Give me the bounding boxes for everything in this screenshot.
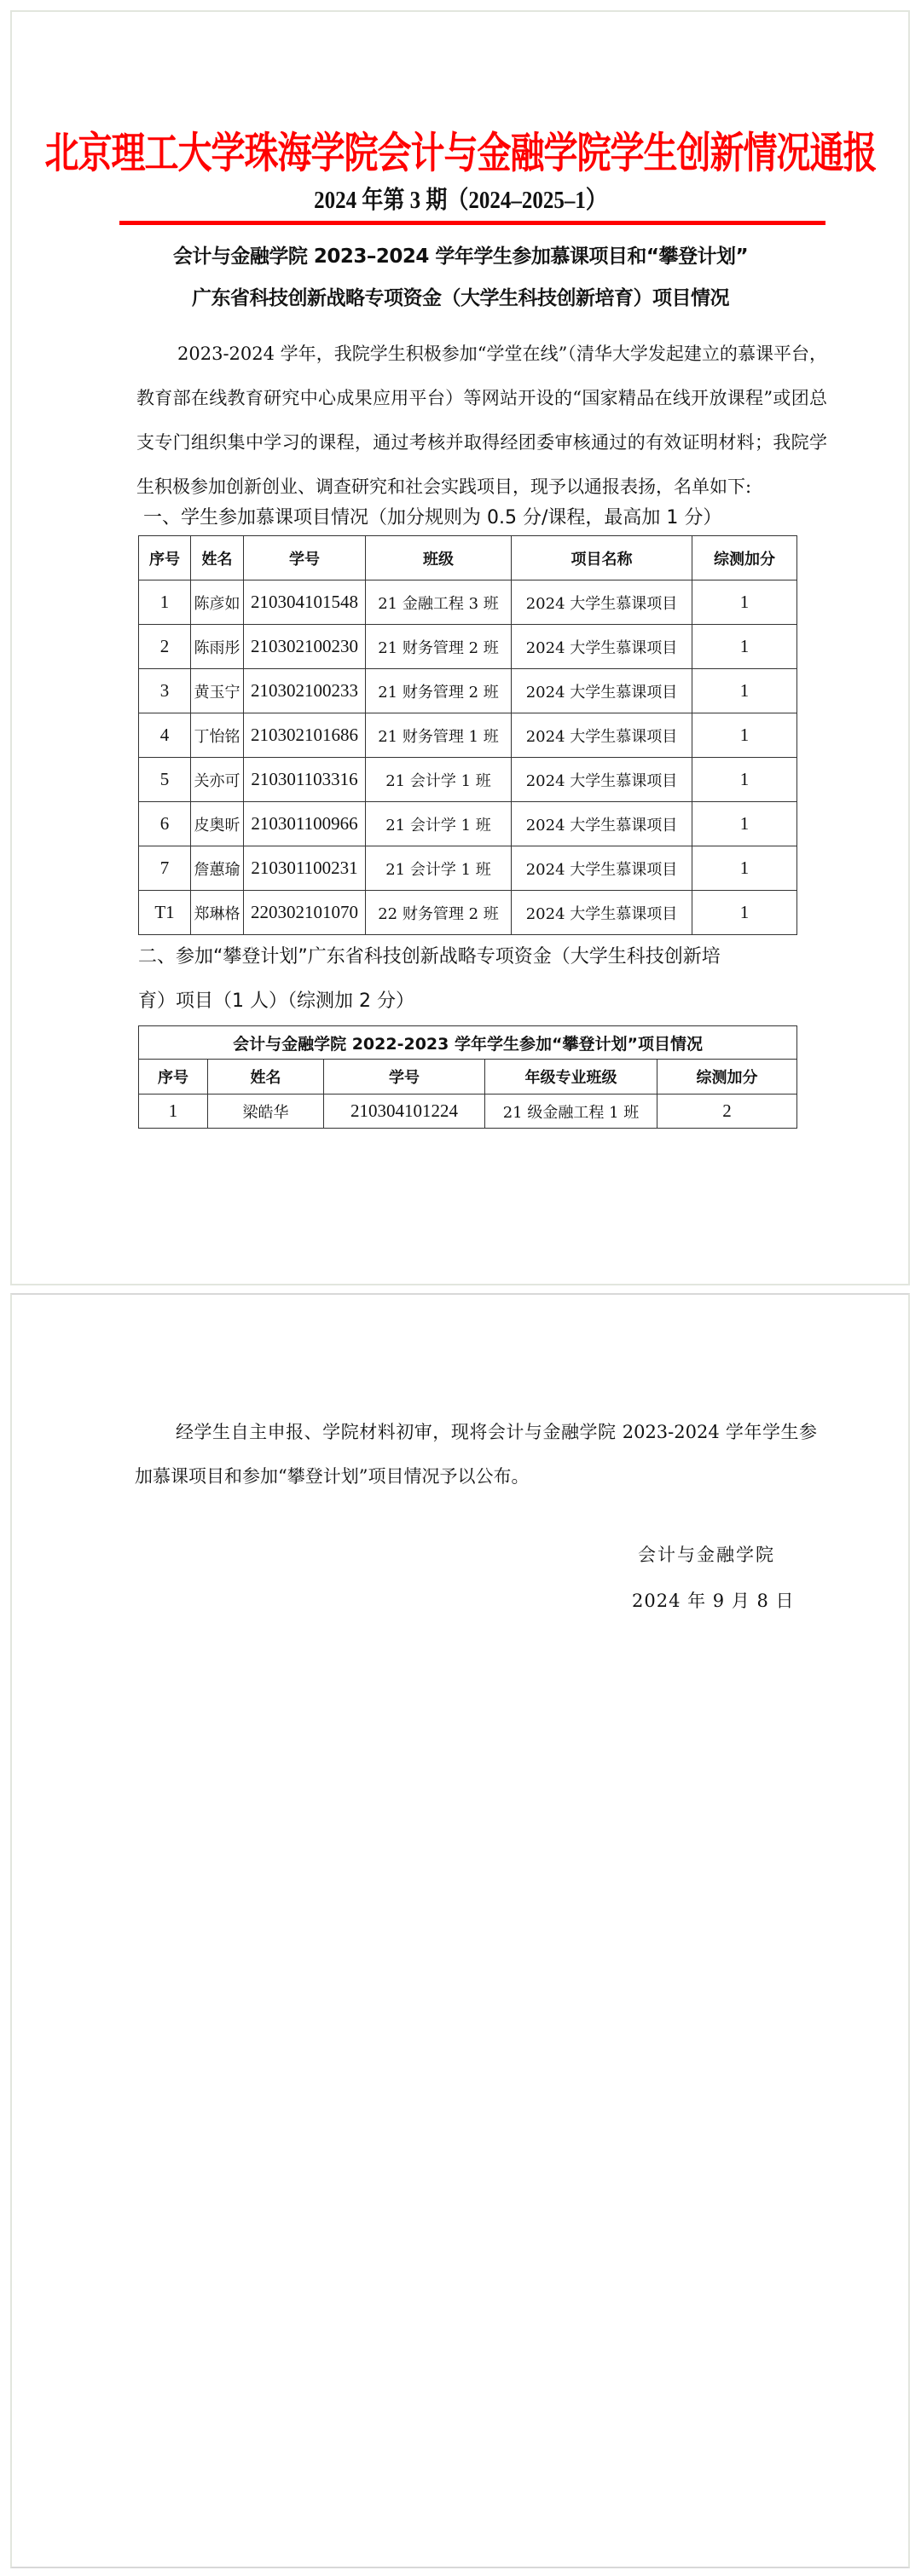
cell-class: 21 会计学 1 班 [366,802,512,846]
cell-name: 丁怡铭 [191,713,244,758]
cell-class: 21 级金融工程 1 班 [485,1095,657,1129]
column-header: 姓名 [191,536,244,580]
signature-date: 2024 年 9 月 8 日 [632,1587,795,1613]
cell-class: 21 会计学 1 班 [366,758,512,802]
cell-id: 210302101686 [244,713,366,758]
column-header: 学号 [324,1060,485,1095]
cell-score: 1 [692,580,797,625]
cell-id: 210302100233 [244,669,366,713]
cell-project: 2024 大学生慕课项目 [512,669,692,713]
section-1-heading: 一、学生参加慕课项目情况（加分规则为 0.5 分/课程，最高加 1 分） [143,503,721,529]
cell-class: 21 财务管理 2 班 [366,669,512,713]
cell-class: 21 财务管理 2 班 [366,625,512,669]
intro-paragraph: 2023-2024 学年，我院学生积极参加“学堂在线”（清华大学发起建立的慕课平… [136,332,827,509]
title-divider [119,221,825,225]
table-row: 1 陈彦如 210304101548 21 金融工程 3 班 2024 大学生慕… [139,580,797,625]
cell-no: 4 [139,713,191,758]
cell-id: 210301103316 [244,758,366,802]
section-2-heading-line-1: 二、参加“攀登计划”广东省科技创新战略专项资金（大学生科技创新培 [138,942,721,968]
column-header: 班级 [366,536,512,580]
cell-project: 2024 大学生慕课项目 [512,713,692,758]
cell-class: 22 财务管理 2 班 [366,891,512,935]
section-2-heading-line-2: 育）项目（1 人）（综测加 2 分） [138,986,414,1013]
mooc-table: 序号 姓名 学号 班级 项目名称 综测加分 1 陈彦如 210304101548… [138,535,797,935]
cell-score: 1 [692,758,797,802]
table-row: 2 陈雨彤 210302100230 21 财务管理 2 班 2024 大学生慕… [139,625,797,669]
cell-name: 关亦可 [191,758,244,802]
table-row: 5 关亦可 210301103316 21 会计学 1 班 2024 大学生慕课… [139,758,797,802]
cell-project: 2024 大学生慕课项目 [512,802,692,846]
cell-score: 1 [692,891,797,935]
cell-id: 210304101224 [324,1095,485,1129]
cell-project: 2024 大学生慕课项目 [512,758,692,802]
cell-id: 220302101070 [244,891,366,935]
cell-id: 210301100966 [244,802,366,846]
cell-id: 210301100231 [244,846,366,891]
table-row: 4 丁怡铭 210302101686 21 财务管理 1 班 2024 大学生慕… [139,713,797,758]
column-header: 姓名 [208,1060,324,1095]
document-title: 北京理工大学珠海学院会计与金融学院学生创新情况通报 [0,119,921,180]
cell-score: 1 [692,669,797,713]
cell-class: 21 金融工程 3 班 [366,580,512,625]
climbing-plan-table: 会计与金融学院 2022-2023 学年学生参加“攀登计划”项目情况 序号 姓名… [138,1025,797,1129]
subheading-line-2: 广东省科技创新战略专项资金（大学生科技创新培育）项目情况 [0,282,921,310]
cell-no: 6 [139,802,191,846]
cell-no: 1 [139,580,191,625]
column-header: 项目名称 [512,536,692,580]
subheading-line-1: 会计与金融学院 2023–2024 学年学生参加慕课项目和“攀登计划” [0,240,921,269]
column-header: 序号 [139,536,191,580]
table-caption: 会计与金融学院 2022-2023 学年学生参加“攀登计划”项目情况 [139,1026,797,1060]
cell-no: 5 [139,758,191,802]
issue-number: 2024 年第 3 期（2024–2025–1） [0,181,921,216]
cell-name: 詹蕙瑜 [191,846,244,891]
cell-name: 黄玉宁 [191,669,244,713]
cell-score: 1 [692,846,797,891]
table-header-row: 序号 姓名 学号 班级 项目名称 综测加分 [139,536,797,580]
cell-project: 2024 大学生慕课项目 [512,625,692,669]
signature-department: 会计与金融学院 [638,1541,775,1567]
column-header: 综测加分 [692,536,797,580]
cell-no: 2 [139,625,191,669]
cell-no: 1 [139,1095,208,1129]
cell-project: 2024 大学生慕课项目 [512,891,692,935]
cell-name: 陈彦如 [191,580,244,625]
cell-name: 皮奥昕 [191,802,244,846]
column-header: 年级专业班级 [485,1060,657,1095]
table-header-row: 序号 姓名 学号 年级专业班级 综测加分 [139,1060,797,1095]
cell-name: 陈雨彤 [191,625,244,669]
closing-paragraph: 经学生自主申报、学院材料初审，现将会计与金融学院 2023-2024 学年学生参… [135,1410,817,1499]
column-header: 综测加分 [657,1060,797,1095]
cell-id: 210304101548 [244,580,366,625]
cell-class: 21 财务管理 1 班 [366,713,512,758]
cell-name: 郑琳格 [191,891,244,935]
cell-id: 210302100230 [244,625,366,669]
cell-score: 1 [692,713,797,758]
cell-score: 2 [657,1095,797,1129]
cell-no: T1 [139,891,191,935]
cell-score: 1 [692,802,797,846]
table-row: 1 梁皓华 210304101224 21 级金融工程 1 班 2 [139,1095,797,1129]
table-caption-row: 会计与金融学院 2022-2023 学年学生参加“攀登计划”项目情况 [139,1026,797,1060]
cell-score: 1 [692,625,797,669]
table-row: 3 黄玉宁 210302100233 21 财务管理 2 班 2024 大学生慕… [139,669,797,713]
table-row: 7 詹蕙瑜 210301100231 21 会计学 1 班 2024 大学生慕课… [139,846,797,891]
column-header: 序号 [139,1060,208,1095]
column-header: 学号 [244,536,366,580]
table-row: T1 郑琳格 220302101070 22 财务管理 2 班 2024 大学生… [139,891,797,935]
table-row: 6 皮奥昕 210301100966 21 会计学 1 班 2024 大学生慕课… [139,802,797,846]
cell-name: 梁皓华 [208,1095,324,1129]
cell-project: 2024 大学生慕课项目 [512,846,692,891]
cell-no: 7 [139,846,191,891]
cell-project: 2024 大学生慕课项目 [512,580,692,625]
cell-no: 3 [139,669,191,713]
cell-class: 21 会计学 1 班 [366,846,512,891]
